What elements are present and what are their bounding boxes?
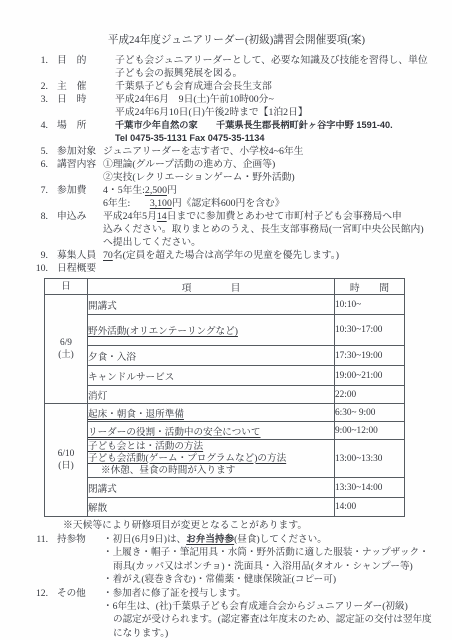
schedule-row: キャンドルサービス 19:00~21:00 xyxy=(45,366,405,386)
section-body: 4・5年生:2,500円 6年生: 3,100円《認定料600円を含む》 xyxy=(103,184,440,210)
section-schedule-heading: 10. 日程概要 xyxy=(33,262,440,275)
schedule-header-item: 項 目 xyxy=(88,279,335,295)
section-number: 4. xyxy=(33,119,48,132)
date-value: 6/10 xyxy=(45,448,87,460)
section-target: 5. 参加対象 ジュニアリーダーを志す者で、小学校4~6年生 xyxy=(33,145,440,158)
schedule-row: 6/9 (土) 開講式 10:10~ xyxy=(45,295,405,315)
section-number: 3. xyxy=(33,93,48,106)
schedule-row: リーダーの役割・活動中の安全について 9:00~12:00 xyxy=(45,422,405,440)
text-line: ①理論(グループ活動の進め方、企画等) xyxy=(103,158,440,171)
capacity-suffix: 名(定員を超えた場合は高学年の児童を優先します。) xyxy=(113,250,339,261)
text-line: 千葉県子ども会育成連合会長生支部 xyxy=(115,80,440,93)
text-part: (昼食)してください。 xyxy=(234,534,327,545)
belongings-item: ・着がえ(寝巻き含む)・常備薬・健康保険証(コピー可) xyxy=(103,573,440,586)
schedule-item-cell: 解散 xyxy=(88,498,335,517)
schedule-item-cell: リーダーの役割・活動中の安全について xyxy=(88,422,335,440)
section-label: 参加費 xyxy=(57,184,103,197)
section-number: 2. xyxy=(33,80,48,93)
item-line: 子ども会活動(ゲーム・プログラムなど)の方法 xyxy=(88,453,334,465)
fee-suffix: 円 xyxy=(167,185,177,196)
section-number: 7. xyxy=(33,184,48,197)
item-text: リーダーの役割・活動中の安全について xyxy=(88,427,261,438)
text-line: ジュニアリーダーを志す者で、小学校4~6年生 xyxy=(103,145,440,158)
section-number: 1. xyxy=(33,54,48,67)
schedule-note: ※天候等により研修項目が変更となることがあります。 xyxy=(63,519,440,532)
schedule-item-cell: キャンドルサービス xyxy=(88,366,335,386)
section-belongings: 11. 持参物 ・初日(6月9日)は、お弁当持参(昼食)してください。 ・上履き… xyxy=(33,533,440,587)
fee-line-grade6: 6年生: 3,100円《認定料600円を含む》 xyxy=(103,197,440,210)
schedule-time-cell: 19:00~21:00 xyxy=(335,366,405,386)
doc-title: 平成24年度ジュニアリーダー(初級)講習会開催要項(案) xyxy=(33,34,440,48)
schedule-time-cell: 13:00~13:30 xyxy=(335,440,405,478)
place-phone: Tel 0475-35-1131 Fax 0475-35-1134 xyxy=(115,132,440,145)
schedule-time-cell: 13:30~14:00 xyxy=(335,478,405,498)
schedule-time-cell: 14:00 xyxy=(335,498,405,517)
schedule-header-date: 日 xyxy=(45,279,88,295)
fee-prefix: 4・5年生: xyxy=(103,185,145,196)
section-body: ・初日(6月9日)は、お弁当持参(昼食)してください。 ・上履き・帽子・筆記用具… xyxy=(103,533,440,587)
schedule-table: 日 項 目 時 間 6/9 (土) 開講式 10:10~ 野外活動(オリエンテー… xyxy=(44,278,405,517)
section-label: 講習内容 xyxy=(57,158,103,171)
belongings-item: ・初日(6月9日)は、お弁当持参(昼食)してください。 xyxy=(103,533,440,546)
section-number: 12. xyxy=(33,587,48,600)
fee-prefix: 6年生: xyxy=(103,198,150,209)
date-weekday: (土) xyxy=(45,349,87,361)
apply-suffix: 日までに参加費とあわせて市町村子ども会事務局へ申 xyxy=(167,211,402,222)
item-line: 子ども会とは・活動の方法 xyxy=(88,441,334,453)
schedule-time-cell: 17:30~19:00 xyxy=(335,346,405,366)
apply-deadline-day: 14 xyxy=(157,211,167,222)
section-purpose: 1. 目 的 子ども会ジュニアリーダーとして、必要な知識及び技能を習得し、単位 … xyxy=(33,54,440,80)
item-text: 起床・朝食・退所準備 xyxy=(88,409,184,420)
schedule-header-time: 時 間 xyxy=(335,279,405,295)
schedule-time-cell: 6:30~ 9:00 xyxy=(335,404,405,422)
section-label: 日 時 xyxy=(57,93,115,106)
fee-line-grade45: 4・5年生:2,500円 xyxy=(103,184,440,197)
belongings-item: ・上履き・帽子・筆記用具・水筒・野外活動に適した服装・ナップザック・ xyxy=(103,546,440,559)
schedule-row: 閉講式 13:30~14:00 xyxy=(45,478,405,498)
section-body: ジュニアリーダーを志す者で、小学校4~6年生 xyxy=(103,145,440,158)
schedule-date-cell: 6/10 (日) xyxy=(45,404,88,517)
text-part: ・初日(6月9日)は、 xyxy=(103,534,186,545)
section-capacity: 9. 募集人員 70名(定員を超えた場合は高学年の児童を優先します。) xyxy=(33,249,440,262)
schedule-item-cell: 起床・朝食・退所準備 xyxy=(88,404,335,422)
others-item-cont: になります。) xyxy=(103,627,440,640)
section-application: 8. 申込み 平成24年5月14日までに参加費とあわせて市町村子ども会事務局へ申… xyxy=(33,210,440,249)
apply-prefix: 平成24年5月 xyxy=(103,211,157,222)
section-body: 千葉県子ども会育成連合会長生支部 xyxy=(115,80,440,93)
schedule-item-cell: 子ども会とは・活動の方法 子ども会活動(ゲーム・プログラムなど)の方法 ※休憩、… xyxy=(88,440,335,478)
item-text: 子ども会とは・活動の方法 xyxy=(88,441,203,452)
others-item-cont: の認定が受けられます。(認定審査は年度末のため、認定証の交付は翌年度 xyxy=(103,613,440,626)
text-line: 平成24年6月 9日(土)午前10時00分~ xyxy=(115,93,440,106)
section-label: 募集人員 xyxy=(57,249,103,262)
date-value: 6/9 xyxy=(45,337,87,349)
text-line: へ提出してください。 xyxy=(103,236,440,249)
text-line: 平成24年5月14日までに参加費とあわせて市町村子ども会事務局へ申 xyxy=(103,210,440,223)
schedule-date-cell: 6/9 (土) xyxy=(45,295,88,404)
section-body: ・参加者に修了証を授与します。 ・6年生は、(社)千葉県子ども会育成連合会からジ… xyxy=(103,587,440,640)
text-line: 子ども会ジュニアリーダーとして、必要な知識及び技能を習得し、単位 xyxy=(115,54,440,67)
section-number: 5. xyxy=(33,145,48,158)
item-text: 子ども会活動(ゲーム・プログラムなど)の方法 xyxy=(88,453,286,464)
section-label: その他 xyxy=(57,587,103,600)
schedule-header-row: 日 項 目 時 間 xyxy=(45,279,405,295)
schedule-row: 夕食・入浴 17:30~19:00 xyxy=(45,346,405,366)
section-label: 参加対象 xyxy=(57,145,103,158)
belongings-item-cont: 雨具(カッパ又はポンチョ)・洗面具・入浴用品(タオル・シャンプー等) xyxy=(103,560,440,573)
section-body: 70名(定員を超えた場合は高学年の児童を優先します。) xyxy=(103,249,440,262)
section-number: 6. xyxy=(33,158,48,171)
schedule-time-cell: 9:00~12:00 xyxy=(335,422,405,440)
schedule-item-cell: 野外活動(オリエンテーリングなど) xyxy=(88,315,335,346)
fee-amount: 2,500 xyxy=(145,185,167,196)
section-body: 平成24年6月 9日(土)午前10時00分~ 平成24年6月10日(日)午後2時… xyxy=(115,93,440,119)
schedule-item-cell: 開講式 xyxy=(88,295,335,315)
section-body: 平成24年5月14日までに参加費とあわせて市町村子ども会事務局へ申 込みください… xyxy=(103,210,440,249)
section-label: 申込み xyxy=(57,210,103,223)
text-line: ②実技(レクリエーションゲーム・野外活動) xyxy=(103,171,440,184)
others-item: ・6年生は、(社)千葉県子ども会育成連合会からジュニアリーダー(初級) xyxy=(103,600,440,613)
document-page: 平成24年度ジュニアリーダー(初級)講習会開催要項(案) 1. 目 的 子ども会… xyxy=(0,0,452,640)
section-label: 日程概要 xyxy=(57,262,103,275)
section-fee: 7. 参加費 4・5年生:2,500円 6年生: 3,100円《認定料600円を… xyxy=(33,184,440,210)
fee-suffix: 円《認定料600円を含む》 xyxy=(172,198,285,209)
section-body: ①理論(グループ活動の進め方、企画等) ②実技(レクリエーションゲーム・野外活動… xyxy=(103,158,440,184)
place-address: 千葉市少年自然の家 千葉県長生郡長柄町針ヶ谷字中野 1591-40. xyxy=(115,119,440,132)
capacity-number: 70 xyxy=(103,250,113,261)
text-line: 平成24年6月10日(日)午後2時まで【1泊2日】 xyxy=(115,106,440,119)
text-line: 70名(定員を超えた場合は高学年の児童を優先します。) xyxy=(103,249,440,262)
section-others: 12. その他 ・参加者に修了証を授与します。 ・6年生は、(社)千葉県子ども会… xyxy=(33,587,440,640)
schedule-row: 子ども会とは・活動の方法 子ども会活動(ゲーム・プログラムなど)の方法 ※休憩、… xyxy=(45,440,405,478)
section-number: 10. xyxy=(33,262,48,275)
section-number: 11. xyxy=(33,533,48,546)
section-label: 場 所 xyxy=(57,119,115,132)
item-note: ※休憩、昼食の時間が入ります xyxy=(88,465,334,477)
schedule-item-cell: 消灯 xyxy=(88,386,335,404)
lunch-emphasis: お弁当持参 xyxy=(186,534,234,545)
text-line: 子ども会の振興発展を図る。 xyxy=(115,67,440,80)
date-weekday: (日) xyxy=(45,460,87,472)
section-label: 主 催 xyxy=(57,80,115,93)
section-host: 2. 主 催 千葉県子ども会育成連合会長生支部 xyxy=(33,80,440,93)
schedule-time-cell: 10:30~17:00 xyxy=(335,315,405,346)
schedule-time-cell: 22:00 xyxy=(335,386,405,404)
schedule-item-cell: 閉講式 xyxy=(88,478,335,498)
schedule-row: 消灯 22:00 xyxy=(45,386,405,404)
section-number: 9. xyxy=(33,249,48,262)
others-item: ・参加者に修了証を授与します。 xyxy=(103,587,440,600)
schedule-row: 解散 14:00 xyxy=(45,498,405,517)
schedule-row: 6/10 (日) 起床・朝食・退所準備 6:30~ 9:00 xyxy=(45,404,405,422)
section-curriculum: 6. 講習内容 ①理論(グループ活動の進め方、企画等) ②実技(レクリエーション… xyxy=(33,158,440,184)
section-body: 千葉市少年自然の家 千葉県長生郡長柄町針ヶ谷字中野 1591-40. Tel 0… xyxy=(115,119,440,145)
section-datetime: 3. 日 時 平成24年6月 9日(土)午前10時00分~ 平成24年6月10日… xyxy=(33,93,440,119)
section-label: 目 的 xyxy=(57,54,115,67)
fee-amount: 3,100 xyxy=(150,198,172,209)
text-line: 込みください。取りまとめのうえ、長生支部事務局(一宮町中央公民館内) xyxy=(103,223,440,236)
schedule-item-cell: 夕食・入浴 xyxy=(88,346,335,366)
section-label: 持参物 xyxy=(57,533,103,546)
section-body: 子ども会ジュニアリーダーとして、必要な知識及び技能を習得し、単位 子ども会の振興… xyxy=(115,54,440,80)
section-number: 8. xyxy=(33,210,48,223)
schedule-time-cell: 10:10~ xyxy=(335,295,405,315)
item-text: 野外活動(オリエンテーリングなど) xyxy=(88,326,238,337)
section-place: 4. 場 所 千葉市少年自然の家 千葉県長生郡長柄町針ヶ谷字中野 1591-40… xyxy=(33,119,440,145)
schedule-row: 野外活動(オリエンテーリングなど) 10:30~17:00 xyxy=(45,315,405,346)
